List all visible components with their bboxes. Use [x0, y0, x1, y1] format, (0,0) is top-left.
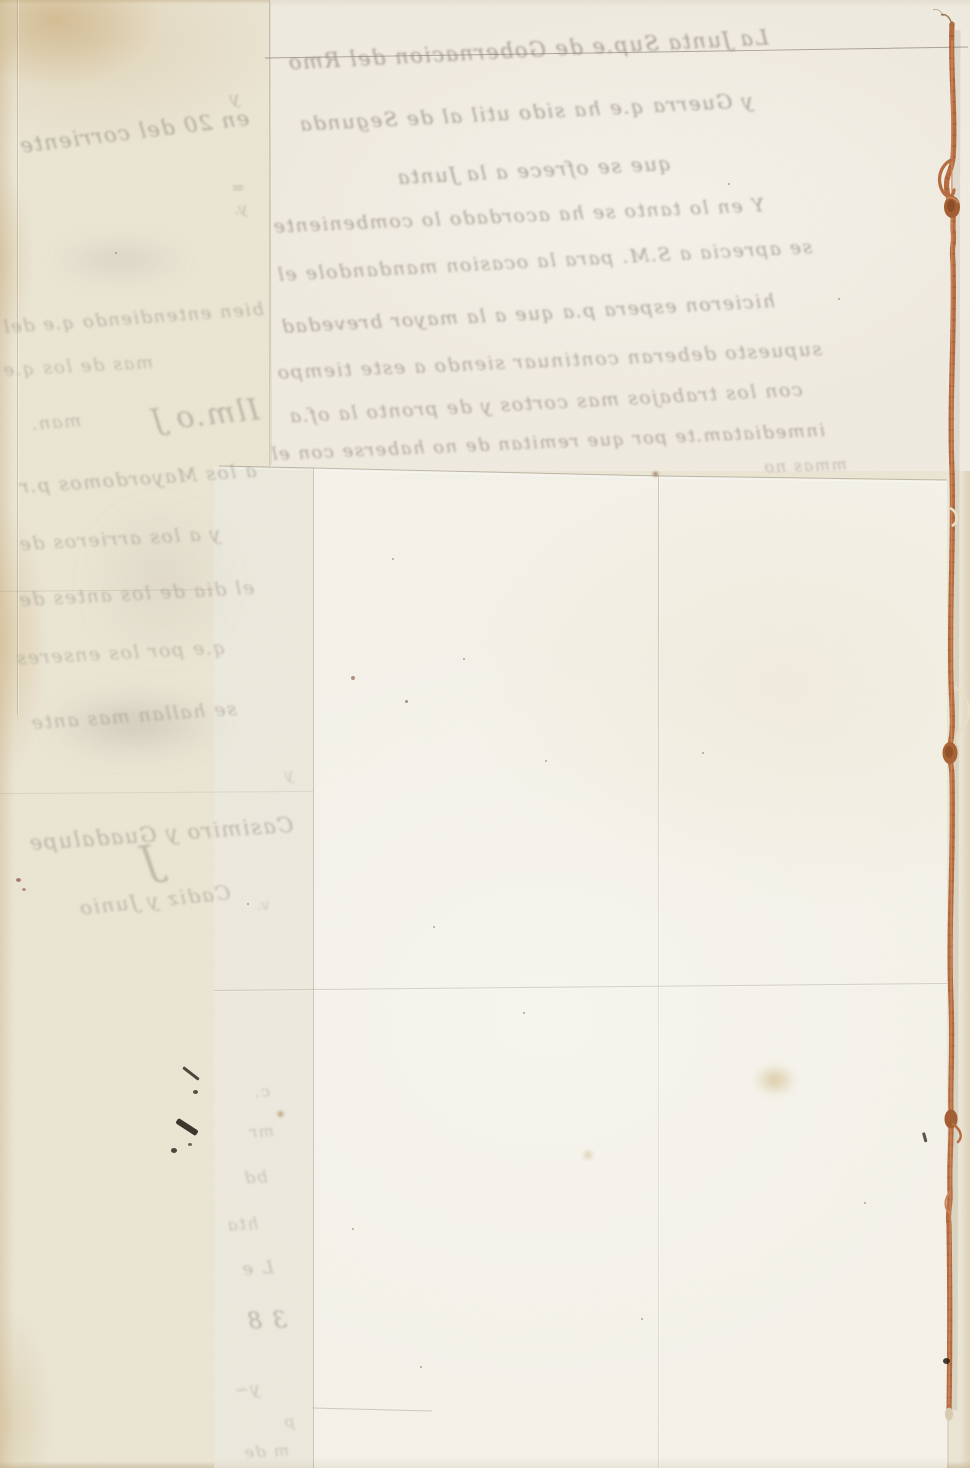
bleedthrough-text-line: y~: [232, 1379, 260, 1400]
bleedthrough-text-line: hicieron espera p.a que a la mayor breve…: [280, 290, 776, 338]
bleedthrough-text-line: v.: [255, 896, 270, 915]
bleedthrough-text-line: inmediatam.te por que remitan de no habe…: [270, 420, 826, 465]
bleedthrough-text-line: Y en lo tanto se ha acordado lo combenie…: [272, 194, 765, 237]
bleedthrough-text-line: hta: [225, 1214, 258, 1236]
bleedthrough-text-line: y a los arrieros de: [18, 523, 221, 556]
bleedthrough-text-line: m de: [243, 1441, 290, 1462]
bleedthrough-text-line: a los Mayordomos p.r: [18, 460, 258, 499]
bleedthrough-text-line: se aprecia a S.M. para la ocasion mandan…: [276, 236, 813, 286]
bleedthrough-text-line: man.: [29, 410, 81, 435]
bleedthrough-text-line: con los trabajos mas cortos y de pronto …: [288, 379, 803, 428]
bleedthrough-text-line: L e: [240, 1257, 274, 1280]
bleedthrough-text-layer: La Junta Sup.e de Gobernacion del Rmoy G…: [0, 0, 970, 1468]
bleedthrough-text-line: mr: [248, 1121, 275, 1141]
scanned-document-page: La Junta Sup.e de Gobernacion del Rmoy G…: [0, 0, 970, 1468]
bleedthrough-text-line: mmas no: [763, 455, 847, 477]
bleedthrough-text-line: se hallan mas ante: [29, 698, 237, 734]
bleedthrough-text-line: y Guerra q.e ha sido util al de Segunda: [298, 88, 754, 136]
bleedthrough-text-line: Ilm.o J: [148, 392, 261, 438]
bleedthrough-text-line: en 20 del corriente: [17, 106, 250, 158]
bleedthrough-text-line: q.e por los enseres: [15, 637, 226, 670]
bleedthrough-text-line: bd: [242, 1167, 268, 1188]
bleedthrough-text-line: supuesto deberan continuar siendo a este…: [276, 338, 823, 384]
bleedthrough-text-line: c.: [253, 1082, 271, 1102]
bleedthrough-text-line: y.: [233, 200, 248, 219]
bleedthrough-text-line: =: [230, 178, 245, 197]
bleedthrough-text-line: el dia de los antes de: [18, 577, 255, 611]
bleedthrough-text-line: 3 8: [246, 1307, 288, 1334]
bleedthrough-text-line: Casimiro y Guadalupe: [27, 813, 294, 855]
bleedthrough-text-line: Cadiz y Junio: [77, 880, 231, 920]
bleedthrough-text-line: mas de los q.e: [2, 352, 154, 381]
bleedthrough-text-line: que se ofrece a la Junta: [396, 151, 672, 189]
bleedthrough-text-line: bien entendiendo q.e del: [2, 299, 265, 338]
bleedthrough-text-line: La Junta Sup.e de Gobernacion del Rmo: [287, 25, 769, 74]
bleedthrough-text-line: y: [283, 765, 295, 785]
bleedthrough-text-line: p: [283, 1412, 296, 1432]
